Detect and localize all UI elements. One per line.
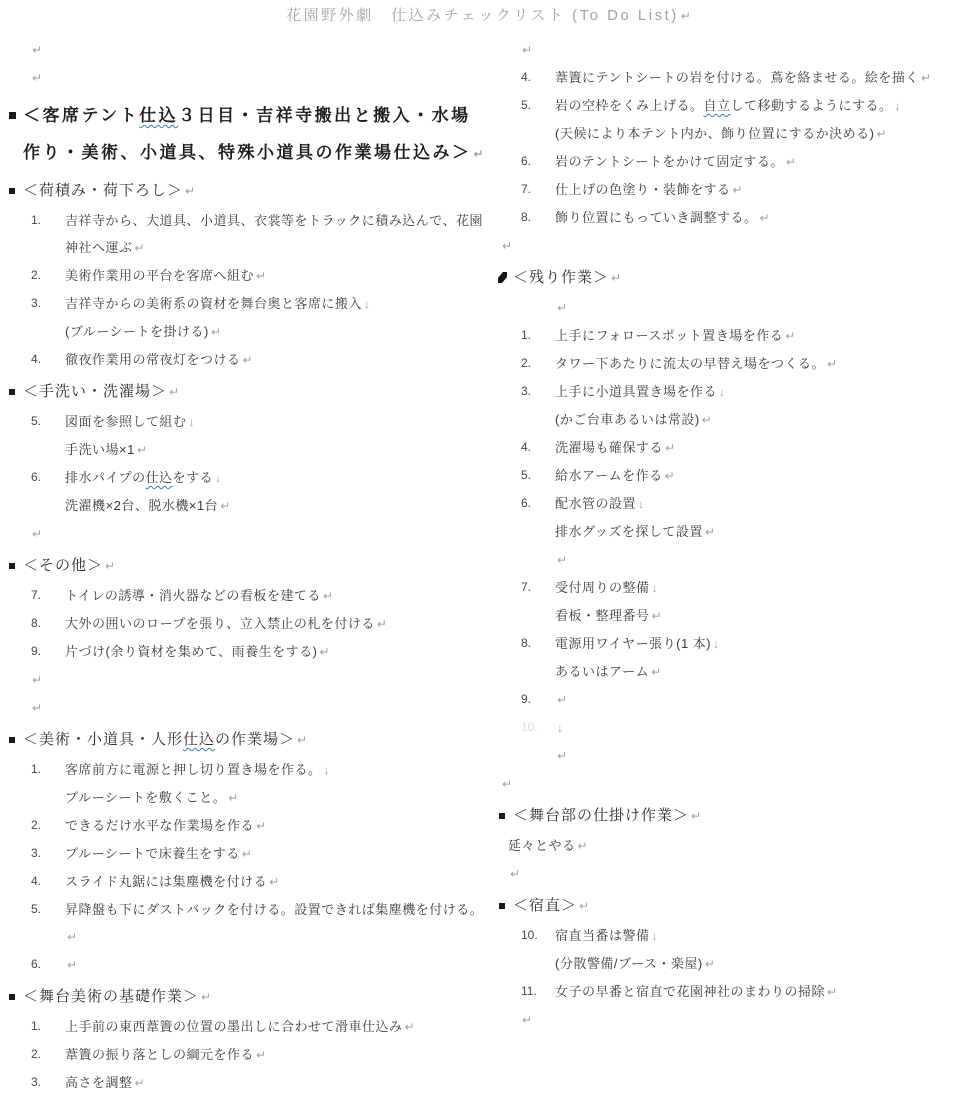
list-number: 5. [31,408,41,435]
empty-line: ↵ [8,666,490,694]
list-number: 5. [521,92,531,119]
list-item: 10.↓ [498,714,972,742]
main-heading: ＜客席テント仕込３日目・吉祥寺搬出と搬入・水場作り・美術、小道具、特殊小道具の作… [8,97,490,173]
list-number: 6. [31,464,41,491]
list-item: 4.スライド丸鋸には集塵機を付ける↵ [8,868,490,896]
text-run: 洗濯場も確保する [555,440,663,455]
list-number: 8. [521,204,531,231]
square-bullet-icon [9,563,15,569]
list-number: 2. [31,812,41,839]
square-bullet-icon [9,112,16,119]
list-item: 4.葦簀にテントシートの岩を付ける。蔦を絡ませる。絵を描く↵ [498,64,972,92]
empty-line: ↵ [498,546,972,574]
list-number: 7. [31,582,41,609]
list-item: 8.電源用ワイヤー張り(1 本)↓ [498,630,972,658]
text-run: して移動するようにする。 [731,98,893,113]
line-break-mark-icon: ↓ [893,99,901,113]
paragraph-text: 延々とやる↵ [498,832,972,860]
list-number: 4. [31,346,41,373]
list-number: 10. [521,922,538,949]
list-number: 11. [521,978,537,1005]
list-item: 10.宿直当番は警備↓ [498,922,972,950]
text-run: (分散警備/ブース・楽屋) [555,956,703,971]
list-item: 7.受付周りの整備↓ [498,574,972,602]
list-number: 3. [31,290,41,317]
spellcheck-underlined-text: 仕込 [139,106,178,125]
paragraph-mark-icon: ↵ [577,899,589,913]
text-run: 高さを調整 [65,1075,133,1090]
paragraph-mark-icon: ↵ [520,43,532,57]
text-run: タワー下あたりに流太の早替え場をつくる。 [555,356,825,371]
empty-line: ↵ [8,694,490,722]
list-item: 6.排水パイプの仕込をする↓ [8,464,490,492]
list-number: 3. [521,378,531,405]
list-item: 5.岩の空枠をくみ上げる。自立して移動するようにする。↓ [498,92,972,120]
paragraph-mark-icon: ↵ [783,329,795,343]
paragraph-mark-icon: ↵ [555,693,567,707]
paragraph-mark-icon: ↵ [500,777,512,791]
line-break-mark-icon: ↓ [362,297,370,311]
list-number: 6. [31,951,41,978]
paragraph-mark-icon: ↵ [663,441,675,455]
list-item: 7.仕上げの色塗り・装飾をする↵ [498,176,972,204]
empty-line: ↵ [498,232,972,260]
text-run: 排水パイプの [65,470,146,485]
paragraph-mark-icon: ↵ [689,809,701,823]
continuation-line: (かご台車あるいは常設)↵ [498,406,972,434]
text-run: 葦簀の振り落としの綱元を作る [65,1047,254,1062]
paragraph-mark-icon: ↵ [649,665,661,679]
list-item: 2.できるだけ水平な作業場を作る↵ [8,812,490,840]
empty-line: ↵ [8,64,490,92]
section-heading: ＜残り作業＞↵ [498,263,972,293]
text-run: 大外の囲いのロープを張り、立入禁止の札を付ける [65,616,375,631]
continuation-line: (分散警備/ブース・楽屋)↵ [498,950,972,978]
list-number: 6. [521,490,531,517]
paragraph-mark-icon: ↵ [875,127,887,141]
square-bullet-icon [499,903,505,909]
continuation-line: 看板・整理番号↵ [498,602,972,630]
text-run: トイレの誘導・消火器などの看板を建てる [65,588,321,603]
list-item: 8.大外の囲いのロープを張り、立入禁止の札を付ける↵ [8,610,490,638]
square-bullet-icon [499,813,505,819]
continuation-line: 排水グッズを探して設置↵ [498,518,972,546]
list-number: 5. [521,462,531,489]
paragraph-mark-icon: ↵ [240,847,252,861]
list-number: 1. [521,322,531,349]
empty-line: ↵ [498,742,972,770]
list-number: 1. [31,207,41,234]
text-run: 図面を参照して組む [65,414,187,429]
list-item: 3.吉祥寺からの美術系の資材を舞台奥と客席に搬入↓ [8,290,490,318]
paragraph-mark-icon: ↵ [500,239,512,253]
paragraph-mark-icon: ↵ [30,701,42,715]
list-item: 4.洗濯場も確保する↵ [498,434,972,462]
paragraph-mark-icon: ↵ [555,553,567,567]
continuation-line: あるいはアーム↵ [498,658,972,686]
text-run: ブルーシートを敷くこと。 [65,790,226,805]
spellcheck-underlined-text: 自立 [704,98,731,113]
list-number: 9. [31,638,41,665]
text-run: ＜手洗い・洗濯場＞ [23,383,167,400]
paragraph-mark-icon: ↵ [133,1076,145,1090]
paragraph-mark-icon: ↵ [703,525,715,539]
text-run: (ブルーシートを掛ける) [65,324,209,339]
list-number: 2. [31,262,41,289]
section-heading: ＜手洗い・洗濯場＞↵ [8,377,490,407]
document-title-text: 花園野外劇 仕込みチェックリスト (To Do List) [286,7,679,24]
empty-line: ↵ [8,520,490,548]
text-run: 洗濯機×2台、脱水機×1台 [65,498,218,513]
paragraph-mark-icon: ↵ [403,1020,415,1034]
paragraph-mark-icon: ↵ [758,211,770,225]
list-item: 5.図面を参照して組む↓ [8,408,490,436]
section-heading: ＜美術・小道具・人形仕込の作業場＞↵ [8,725,490,755]
square-bullet-icon [9,994,15,1000]
section-heading: ＜その他＞↵ [8,551,490,581]
paragraph-mark-icon: ↵ [183,184,195,198]
line-break-mark-icon: ↓ [711,637,719,651]
list-number: 9. [521,686,531,713]
paragraph-mark-icon: ↵ [30,527,42,541]
document-title: 花園野外劇 仕込みチェックリスト (To Do List)↵ [0,4,977,25]
list-number: 10. [521,714,538,741]
paragraph-mark-icon: ↵ [209,325,221,339]
list-item: 3.高さを調整↵ [8,1069,490,1097]
empty-line: ↵ [498,860,972,888]
text-run: 客席前方に電源と押し切り置き場を作る。 [65,762,322,777]
list-number: 8. [521,630,531,657]
paragraph-mark-icon: ↵ [700,413,712,427]
text-run: 岩の空枠をくみ上げる。 [555,98,704,113]
paragraph-mark-icon: ↵ [508,867,520,881]
text-run: 上手前の東西葦簀の位置の墨出しに合わせて滑車仕込み [65,1019,403,1034]
paragraph-mark-icon: ↵ [65,930,77,944]
square-bullet-icon [9,737,15,743]
list-item: 1.上手にフォロースポット置き場を作る↵ [498,322,972,350]
continuation-line: (天候により本テント内か、飾り位置にするか決める)↵ [498,120,972,148]
list-item: 1.吉祥寺から、大道具、小道具、衣裳等をトラックに積み込んで、花園神社へ運ぶ↵ [8,207,490,262]
text-run: 岩のテントシートをかけて固定する。 [555,154,784,169]
text-run: できるだけ水平な作業場を作る [65,818,254,833]
text-run: 給水アームを作る [555,468,663,483]
paragraph-mark-icon: ↵ [317,645,329,659]
line-break-mark-icon: ↓ [213,471,221,485]
text-run: ＜客席テント [23,106,139,125]
list-item: 8.飾り位置にもっていき調整する。↵ [498,204,972,232]
line-break-mark-icon: ↓ [650,929,658,943]
list-number: 8. [31,610,41,637]
text-run: 昇降盤も下にダストバックを付ける。設置できれば集塵機を付ける。 [65,902,483,917]
text-run: 片づけ(余り資材を集めて、雨養生をする) [65,644,317,659]
paragraph-mark-icon: ↵ [254,819,266,833]
list-item: 5.給水アームを作る↵ [498,462,972,490]
empty-line: ↵ [498,36,972,64]
text-run: 延々とやる [508,838,576,853]
paragraph-mark-icon: ↵ [30,71,42,85]
text-run: 飾り位置にもっていき調整する。 [555,210,758,225]
text-run: 美術作業用の平台を客席へ組む [65,268,254,283]
paragraph-mark-icon: ↵ [218,499,230,513]
square-bullet-icon [9,389,15,395]
column-left: ↵↵＜客席テント仕込３日目・吉祥寺搬出と搬入・水場作り・美術、小道具、特殊小道具… [8,36,490,1097]
list-item: 6.↵ [8,951,490,979]
list-item: 9.↵ [498,686,972,714]
paragraph-mark-icon: ↵ [30,43,42,57]
paragraph-mark-icon: ↵ [650,609,662,623]
paragraph-mark-icon: ↵ [663,469,675,483]
text-run: ＜宿直＞ [513,897,577,914]
paragraph-mark-icon: ↵ [321,589,333,603]
text-run: ＜荷積み・荷下ろし＞ [23,182,183,199]
list-item: 6.配水管の設置↓ [498,490,972,518]
paragraph-mark-icon: ↵ [226,791,238,805]
text-run: 吉祥寺からの美術系の資材を舞台奥と客席に搬入 [65,296,362,311]
text-run: スライド丸鋸には集塵機を付ける [65,874,267,889]
paragraph-mark-icon: ↵ [30,673,42,687]
column-right: ↵4.葦簀にテントシートの岩を付ける。蔦を絡ませる。絵を描く↵5.岩の空枠をくみ… [498,36,972,1034]
list-number: 1. [31,1013,41,1040]
paragraph-mark-icon: ↵ [254,1048,266,1062]
list-number: 3. [31,1069,41,1096]
text-run: 女子の早番と宿直で花園神社のまわりの掃除 [555,984,825,999]
list-item: 2.葦簀の振り落としの綱元を作る↵ [8,1041,490,1069]
list-item: 3.ブルーシートで床養生をする↵ [8,840,490,868]
continuation-line: ブルーシートを敷くこと。↵ [8,784,490,812]
text-run: 葦簀にテントシートの岩を付ける。蔦を絡ませる。絵を描く [555,70,919,85]
empty-line: ↵ [8,36,490,64]
line-break-mark-icon: ↓ [650,581,658,595]
text-run: ＜舞台部の仕掛け作業＞ [513,807,689,824]
paragraph-mark-icon: ↵ [731,183,743,197]
list-number: 7. [521,176,531,203]
paragraph-mark-icon: ↵ [784,155,796,169]
empty-line: ↵ [498,294,972,322]
text-run: ＜美術・小道具・人形 [23,731,183,748]
list-item: 7.トイレの誘導・消火器などの看板を建てる↵ [8,582,490,610]
list-item: 4.徹夜作業用の常夜灯をつける↵ [8,346,490,374]
document-page: 花園野外劇 仕込みチェックリスト (To Do List)↵ ↵↵＜客席テント仕… [0,0,977,1107]
continuation-line: (ブルーシートを掛ける)↵ [8,318,490,346]
paragraph-mark-icon: ↵ [199,990,211,1004]
text-run: ブルーシートで床養生をする [65,846,240,861]
list-number: 2. [31,1041,41,1068]
text-run: 配水管の設置 [555,496,636,511]
section-heading: ＜荷積み・荷下ろし＞↵ [8,176,490,206]
paragraph-mark-icon: ↵ [241,353,253,367]
line-break-mark-icon: ↓ [717,385,725,399]
text-run: 宿直当番は警備 [555,928,650,943]
list-item: 1.上手前の東西葦簀の位置の墨出しに合わせて滑車仕込み↵ [8,1013,490,1041]
list-item: 3.上手に小道具置き場を作る↓ [498,378,972,406]
list-item: 6.岩のテントシートをかけて固定する。↵ [498,148,972,176]
paragraph-mark-icon: ↵ [295,733,307,747]
text-run: 上手にフォロースポット置き場を作る [555,328,783,343]
paragraph-mark-icon: ↵ [825,357,837,371]
text-run: ＜その他＞ [23,557,103,574]
text-run: 仕上げの色塗り・装飾をする [555,182,731,197]
square-bullet-icon [9,188,15,194]
text-run: をする [173,470,214,485]
paragraph-mark-icon: ↵ [576,839,588,853]
list-item: 1.客席前方に電源と押し切り置き場を作る。↓ [8,756,490,784]
list-item: 2.美術作業用の平台を客席へ組む↵ [8,262,490,290]
text-run: 手洗い場×1 [65,442,135,457]
text-run: 吉祥寺から、大道具、小道具、衣裳等をトラックに積み込んで、花園神社へ運ぶ [65,213,483,255]
paragraph-mark-icon: ↵ [520,1013,532,1027]
line-break-mark-icon: ↓ [187,415,195,429]
list-item: 9.片づけ(余り資材を集めて、雨養生をする)↵ [8,638,490,666]
text-run: ＜舞台美術の基礎作業＞ [23,988,199,1005]
paragraph-mark-icon: ↵ [167,385,179,399]
paragraph-mark-icon: ↵ [103,559,115,573]
text-run: 受付周りの整備 [555,580,650,595]
text-run: 排水グッズを探して設置 [555,524,703,539]
section-heading: ＜舞台部の仕掛け作業＞↵ [498,801,972,831]
line-break-mark-icon: ↓ [636,497,644,511]
paragraph-mark-icon: ↵ [375,617,387,631]
line-break-mark-icon: ↓ [322,763,330,777]
list-number: 3. [31,840,41,867]
continuation-line: 洗濯機×2台、脱水機×1台↵ [8,492,490,520]
list-number: 4. [521,64,531,91]
paragraph-mark-icon: ↵ [254,269,266,283]
spellcheck-underlined-text: 仕込 [183,731,215,748]
text-run: ＜残り作業＞ [513,269,609,286]
paragraph-mark-icon: ↵ [679,9,691,23]
paragraph-mark-icon: ↵ [703,957,715,971]
empty-line: ↵ [498,770,972,798]
list-number: 7. [521,574,531,601]
list-number: 4. [521,434,531,461]
flag-bullet-icon [498,272,507,283]
paragraph-mark-icon: ↵ [65,958,77,972]
line-break-mark-icon: ↓ [555,721,563,735]
paragraph-mark-icon: ↵ [555,749,567,763]
text-run: あるいはアーム [555,664,649,679]
text-run: 電源用ワイヤー張り(1 本) [555,636,711,651]
list-item: 11.女子の早番と宿直で花園神社のまわりの掃除↵ [498,978,972,1006]
list-number: 4. [31,868,41,895]
list-number: 1. [31,756,41,783]
paragraph-mark-icon: ↵ [135,443,147,457]
text-run: の作業場＞ [215,731,295,748]
text-run: 看板・整理番号 [555,608,650,623]
list-number: 5. [31,896,41,923]
list-item: 5.昇降盤も下にダストバックを付ける。設置できれば集塵機を付ける。↵ [8,896,490,951]
paragraph-mark-icon: ↵ [267,875,279,889]
paragraph-mark-icon: ↵ [133,241,145,255]
section-heading: ＜舞台美術の基礎作業＞↵ [8,982,490,1012]
list-item: 2.タワー下あたりに流太の早替え場をつくる。↵ [498,350,972,378]
paragraph-mark-icon: ↵ [919,71,931,85]
text-run: 徹夜作業用の常夜灯をつける [65,352,241,367]
list-number: 6. [521,148,531,175]
text-run: 上手に小道具置き場を作る [555,384,717,399]
paragraph-mark-icon: ↵ [609,271,621,285]
text-run: (天候により本テント内か、飾り位置にするか決める) [555,126,875,141]
spellcheck-underlined-text: 仕込 [146,470,173,485]
continuation-line: 手洗い場×1↵ [8,436,490,464]
paragraph-mark-icon: ↵ [555,301,567,315]
paragraph-mark-icon: ↵ [825,985,837,999]
list-number: 2. [521,350,531,377]
section-heading: ＜宿直＞↵ [498,891,972,921]
text-run: (かご台車あるいは常設) [555,412,700,427]
paragraph-mark-icon: ↵ [472,147,484,161]
empty-line: ↵ [498,1006,972,1034]
